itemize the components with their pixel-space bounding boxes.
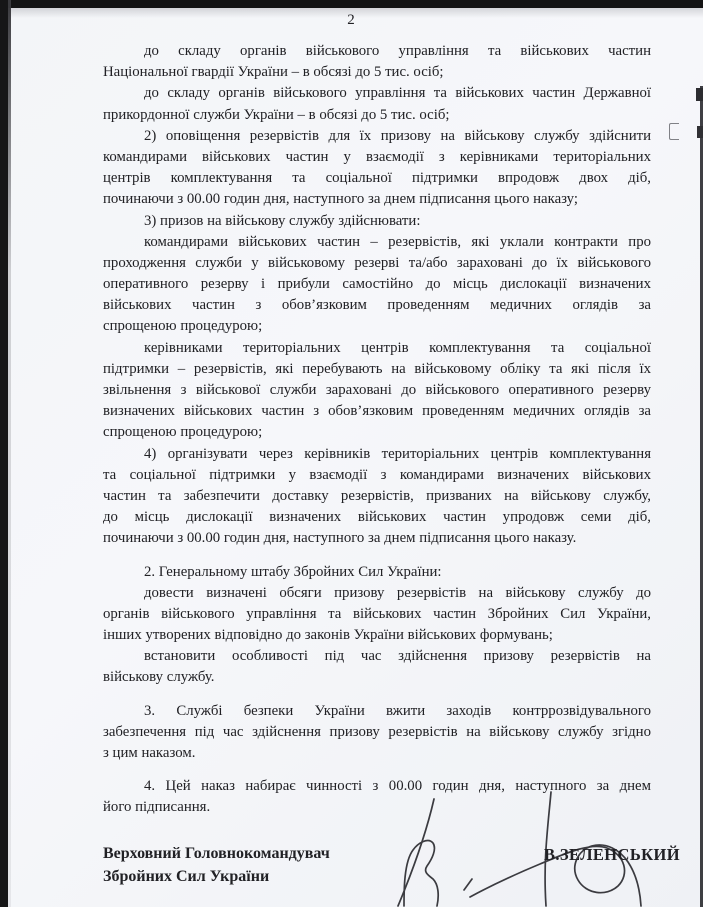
paragraph: 3. Службі безпеки України вжити заходів … xyxy=(103,701,651,765)
page-number: 2 xyxy=(0,12,703,29)
text-line: визначених військових частин з обов’язко… xyxy=(103,401,651,422)
scanned-document-page: 2 до складу органів військового управлін… xyxy=(0,0,703,907)
text-line: інших утворених відповідно до законів Ук… xyxy=(103,625,651,646)
paragraph: до складу органів військового управління… xyxy=(103,41,651,83)
text-line: починаючи з 00.00 годин дня, наступного … xyxy=(103,189,651,210)
text-line: спрощеною процедурою; xyxy=(103,422,651,443)
text-line: командирами військових частин у взаємоді… xyxy=(103,147,651,168)
text-line: органів військового управління та військ… xyxy=(103,604,651,625)
scan-edge-left xyxy=(0,0,8,907)
text-line: довести визначені обсяги призову резерві… xyxy=(103,583,651,604)
paragraph: 2) оповіщення резервістів для їх призову… xyxy=(103,126,651,211)
text-line: та соціальної підтримки у взаємодії з ко… xyxy=(103,465,651,486)
text-line: 2. Генеральному штабу Збройних Сил Украї… xyxy=(103,562,651,583)
paragraph: 3) призов на військову службу здійснюват… xyxy=(103,211,651,232)
text-line: проходження служби у військовому резерві… xyxy=(103,253,651,274)
scan-artifact-mark xyxy=(669,123,679,140)
text-line: 4) організувати через керівників територ… xyxy=(103,444,651,465)
paragraph: керівниками територіальних центрів компл… xyxy=(103,338,651,444)
text-line: встановити особливості під час здійсненн… xyxy=(103,646,651,667)
text-line: починаючи з 00.00 годин дня, наступного … xyxy=(103,528,651,549)
text-line: забезпечення під час здійснення призову … xyxy=(103,722,651,743)
paragraph: 4) організувати через керівників територ… xyxy=(103,444,651,550)
paragraph: командирами військових частин – резервіс… xyxy=(103,232,651,338)
text-line: підтримки – резервістів, які перебувають… xyxy=(103,359,651,380)
text-line: з цим наказом. xyxy=(103,743,651,764)
text-line: частин та забезпечити доставку резервіст… xyxy=(103,486,651,507)
text-line: військових частин з обов’язковим проведе… xyxy=(103,295,651,316)
text-line: 3. Службі безпеки України вжити заходів … xyxy=(103,701,651,722)
text-line: 2) оповіщення резервістів для їх призову… xyxy=(103,126,651,147)
text-line: керівниками територіальних центрів компл… xyxy=(103,338,651,359)
paragraph: 2. Генеральному штабу Збройних Сил Украї… xyxy=(103,562,651,583)
text-line: звільнення з військової служби зарахован… xyxy=(103,380,651,401)
text-line: Національної гвардії України – в обсязі … xyxy=(103,62,651,83)
scan-edge-top xyxy=(0,0,703,8)
paragraph: довести визначені обсяги призову резерві… xyxy=(103,583,651,647)
document-body: до складу органів військового управління… xyxy=(103,41,651,819)
text-line: спрощеною процедурою; xyxy=(103,316,651,337)
text-line: прикордонної служби України – в обсязі д… xyxy=(103,105,651,126)
scan-artifact-mark xyxy=(697,126,703,138)
paragraph: встановити особливості під час здійсненн… xyxy=(103,646,651,688)
text-line: командирами військових частин – резервіс… xyxy=(103,232,651,253)
paragraph: до складу органів військового управління… xyxy=(103,83,651,125)
text-line: до складу органів військового управління… xyxy=(103,83,651,104)
text-line: до складу органів військового управління… xyxy=(103,41,651,62)
text-line: оперативного резерву і прибули самостійн… xyxy=(103,274,651,295)
text-line: 3) призов на військову службу здійснюват… xyxy=(103,211,651,232)
signer-name: В.ЗЕЛЕНСЬКИЙ xyxy=(544,845,680,865)
text-line: військову службу. xyxy=(103,667,651,688)
text-line: до місць дислокації визначених військови… xyxy=(103,507,651,528)
text-line: центрів комплектування та соціальної під… xyxy=(103,168,651,189)
scan-artifact-mark xyxy=(696,88,703,101)
